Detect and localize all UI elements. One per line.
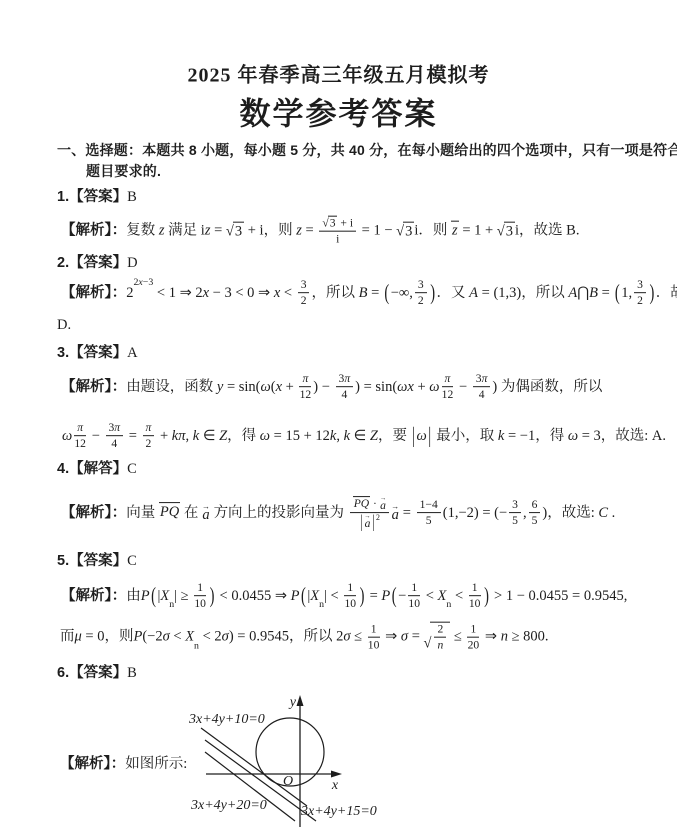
q4-answer: 4.【解答】C	[57, 460, 137, 478]
label-line-bottom-left: 3x+4y+20=0	[190, 798, 267, 813]
q2-solution-line2: D.	[57, 316, 71, 334]
y-axis-arrow-icon	[297, 695, 304, 706]
q1-answer: 1.【答案】B	[57, 188, 137, 206]
q2-answer: 2.【答案】D	[57, 254, 138, 272]
q3-solution-line1: 【解析】：由题设，函数 y = sin(ω(x + π12) − 3π4) = …	[61, 372, 602, 402]
exam-title: 2025 年春季高三年级五月模拟考	[0, 59, 677, 88]
label-x-axis: x	[331, 778, 339, 793]
q4-solution: 【解析】：向量 PQ 在 →a 方向上的投影向量为 PQ · →a|→a|2→a…	[61, 496, 615, 530]
q3-solution-line2: ωπ12 − 3π4 = π2 + kπ, k ∈ Z，得 ω = 15 + 1…	[62, 421, 666, 451]
label-line-bottom-right: 3x+4y+15=0	[300, 804, 377, 819]
section-instructions-line1: 一、选择题：本题共 8 小题，每小题 5 分，共 40 分，在每小题给出的四个选…	[57, 140, 677, 160]
q1-solution: 【解析】：复数 z 满足 iz = √3 + i，则 z = √3 + ii =…	[61, 216, 579, 247]
line-3x4y10	[201, 728, 307, 806]
q6-answer: 6.【答案】B	[57, 664, 137, 682]
label-origin: O	[283, 774, 293, 789]
q6-solution: 【解析】：如图所示:	[60, 755, 187, 773]
subject-title: 数学参考答案	[0, 89, 677, 134]
q2-solution-line1: 【解析】：22x−3 < 1 ⇒ 2x − 3 < 0 ⇒ x < 32，所以 …	[61, 278, 677, 308]
document-page: { "header": { "exam_title": "2025 年春季高三年…	[0, 0, 677, 827]
q3-answer: 3.【答案】A	[57, 344, 138, 362]
q5-solution-line1: 【解析】：由P(|Xn| ≥ 110) < 0.0455 ⇒ P(|Xn| < …	[61, 581, 627, 611]
q5-solution-line2: 而μ = 0，则P(−2σ < Xn < 2σ) = 0.9545，所以 2σ …	[60, 622, 549, 653]
q6-figure: 3x+4y+10=0 3x+4y+20=0 3x+4y+15=0 y x O	[175, 692, 447, 827]
label-y-axis: y	[288, 695, 297, 710]
label-line-top: 3x+4y+10=0	[188, 712, 265, 727]
x-axis-arrow-icon	[331, 771, 342, 778]
section-instructions-line2: 题目要求的.	[86, 161, 161, 181]
q5-answer: 5.【答案】C	[57, 552, 137, 570]
